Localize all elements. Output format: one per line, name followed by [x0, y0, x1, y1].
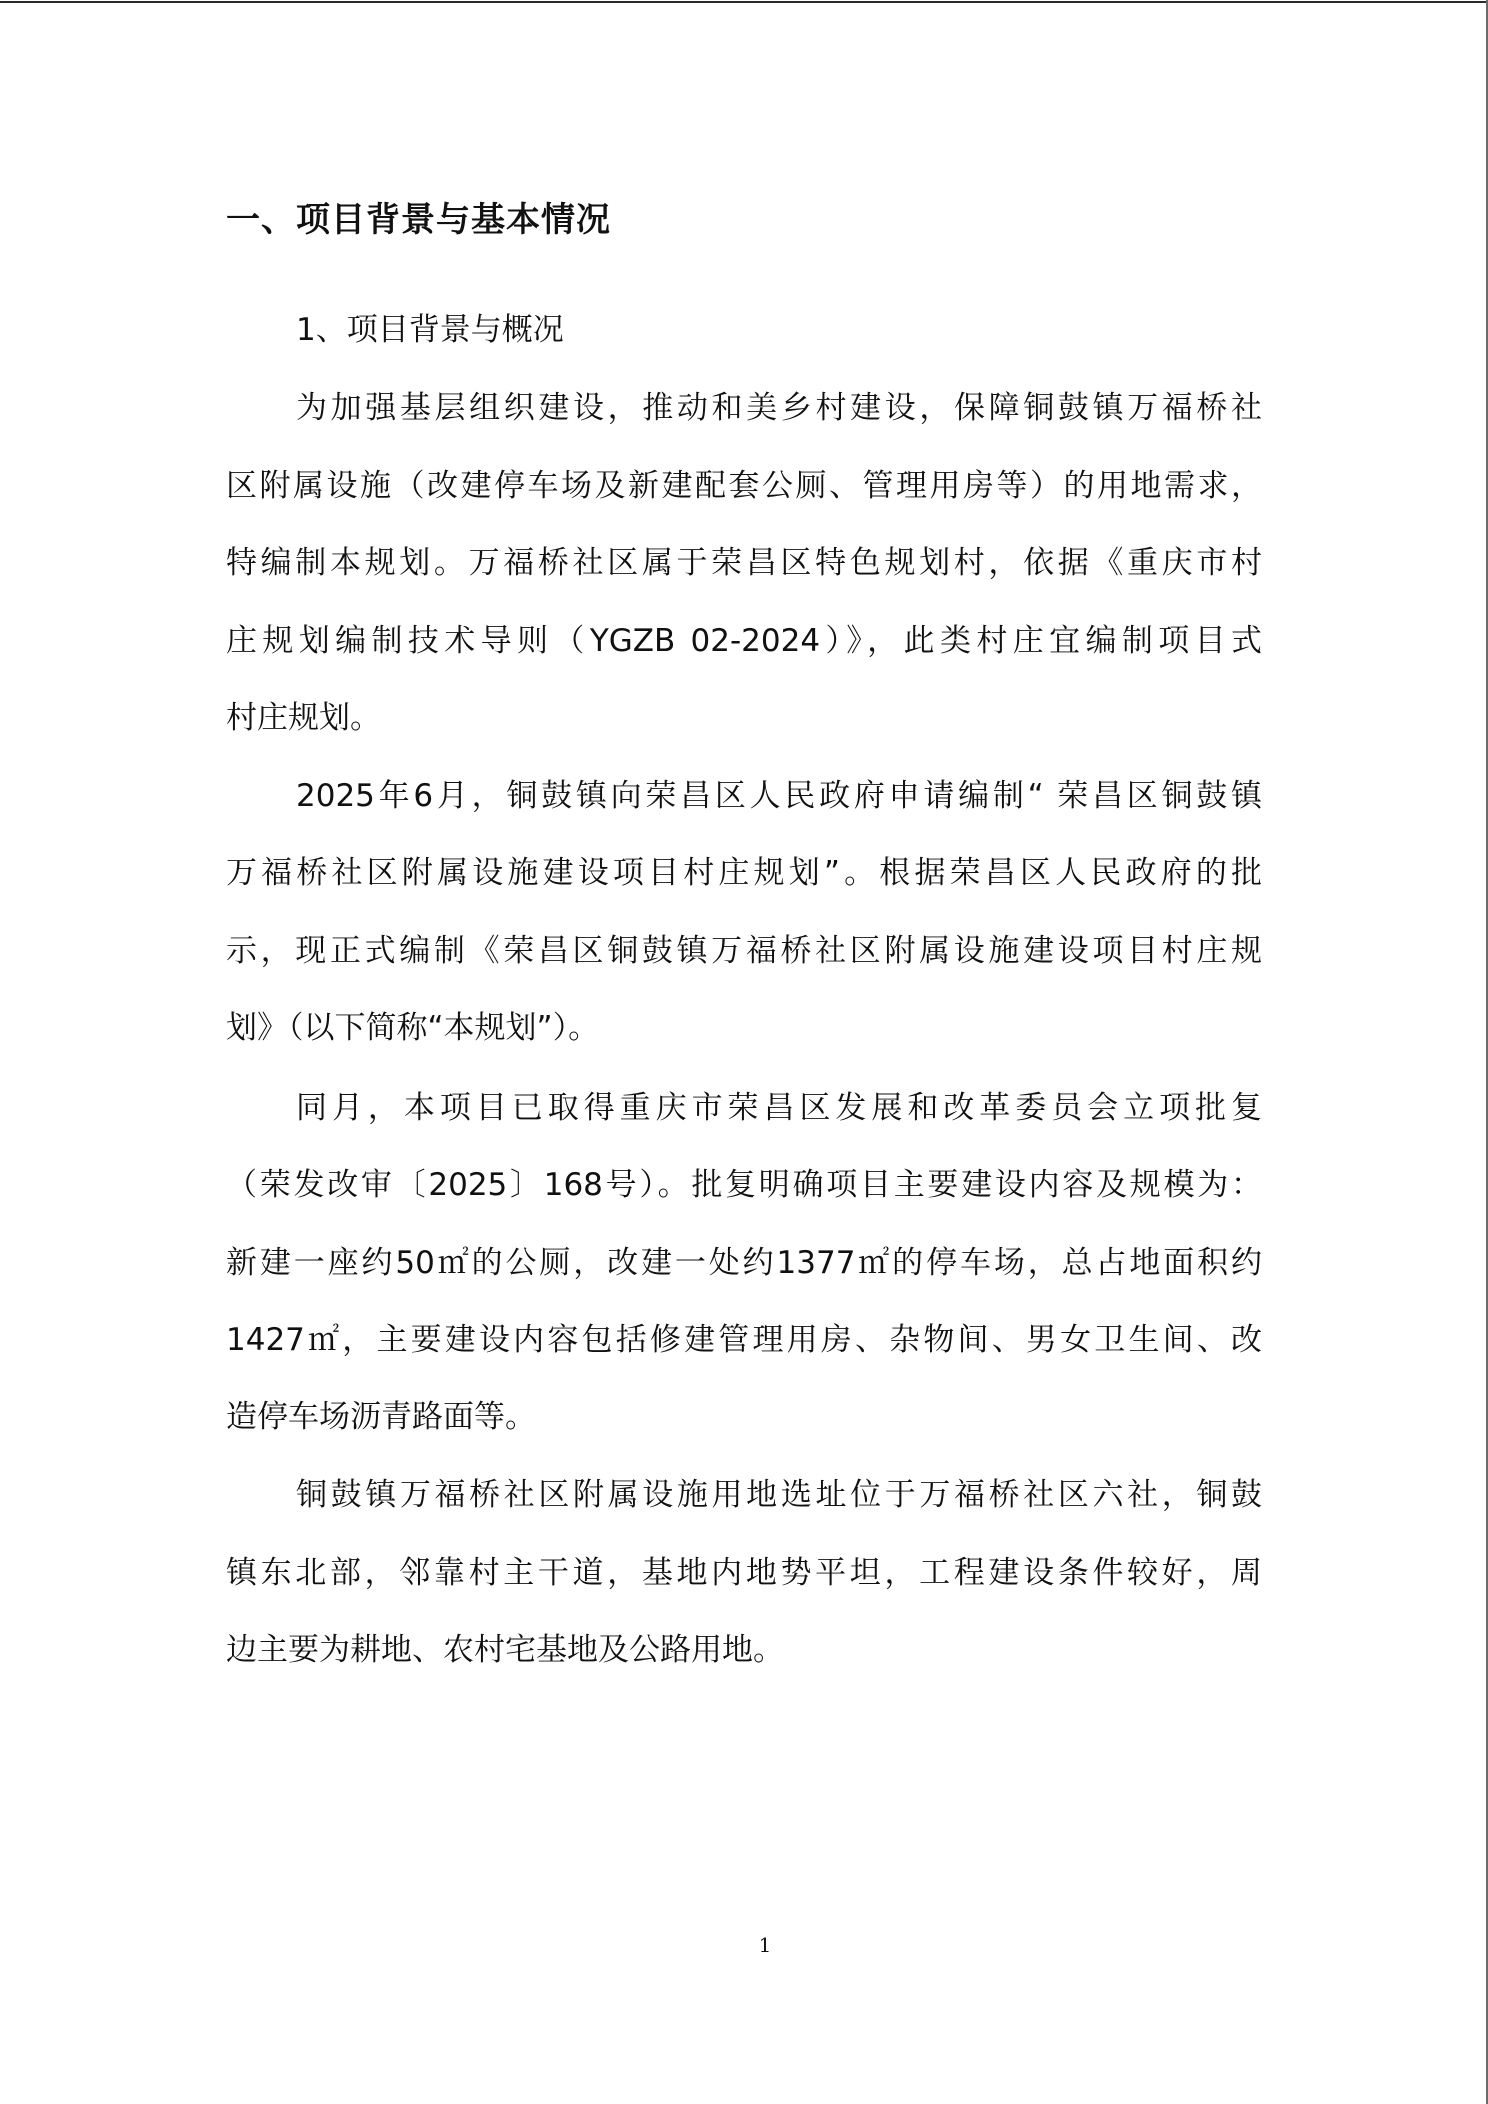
paragraph-line: 铜鼓镇万福桥社区附属设施用地选址位于万福桥社区六社，铜鼓 — [296, 1472, 1262, 1518]
paragraph-line: 万福桥社区附属设施建设项目村庄规划”。根据荣昌区人民政府的批 — [226, 850, 1262, 896]
paragraph-line: （荣发改审〔2025〕168号）。批复明确项目主要建设内容及规模为： — [226, 1162, 1262, 1208]
paragraph-line: 1427㎡，主要建设内容包括修建管理用房、杂物间、男女卫生间、改 — [226, 1317, 1262, 1363]
paragraph-line: 为加强基层组织建设，推动和美乡村建设，保障铜鼓镇万福桥社 — [296, 385, 1262, 431]
paragraph-line: 边主要为耕地、农村宅基地及公路用地。 — [226, 1627, 1262, 1673]
paragraph-line: 同月，本项目已取得重庆市荣昌区发展和改革委员会立项批复 — [296, 1085, 1262, 1131]
subsection-heading: 1、项目背景与概况 — [296, 307, 564, 353]
paragraph-line: 划》（以下简称“本规划”）。 — [226, 1005, 1262, 1051]
paragraph-line: 区附属设施（改建停车场及新建配套公厕、管理用房等）的用地需求， — [226, 463, 1262, 509]
document-page: 一、项目背景与基本情况 1、项目背景与概况 为加强基层组织建设，推动和美乡村建设… — [0, 0, 1486, 2104]
section-heading: 一、项目背景与基本情况 — [226, 194, 611, 246]
paragraph-line: 村庄规划。 — [226, 695, 1262, 741]
paragraph-line: 镇东北部，邻靠村主干道，基地内地势平坦，工程建设条件较好，周 — [226, 1550, 1262, 1596]
paragraph-line: 庄规划编制技术导则（YGZB 02-2024）》，此类村庄宜编制项目式 — [226, 618, 1262, 664]
paragraph-line: 2025年6月，铜鼓镇向荣昌区人民政府申请编制“ 荣昌区铜鼓镇 — [296, 773, 1262, 819]
paragraph-line: 造停车场沥青路面等。 — [226, 1394, 1262, 1440]
paragraph-line: 新建一座约50㎡的公厕，改建一处约1377㎡的停车场，总占地面积约 — [226, 1240, 1262, 1286]
paragraph-line: 示，现正式编制《荣昌区铜鼓镇万福桥社区附属设施建设项目村庄规 — [226, 928, 1262, 974]
page-number: 1 — [0, 1930, 1488, 1960]
paragraph-line: 特编制本规划。万福桥社区属于荣昌区特色规划村，依据《重庆市村 — [226, 540, 1262, 586]
